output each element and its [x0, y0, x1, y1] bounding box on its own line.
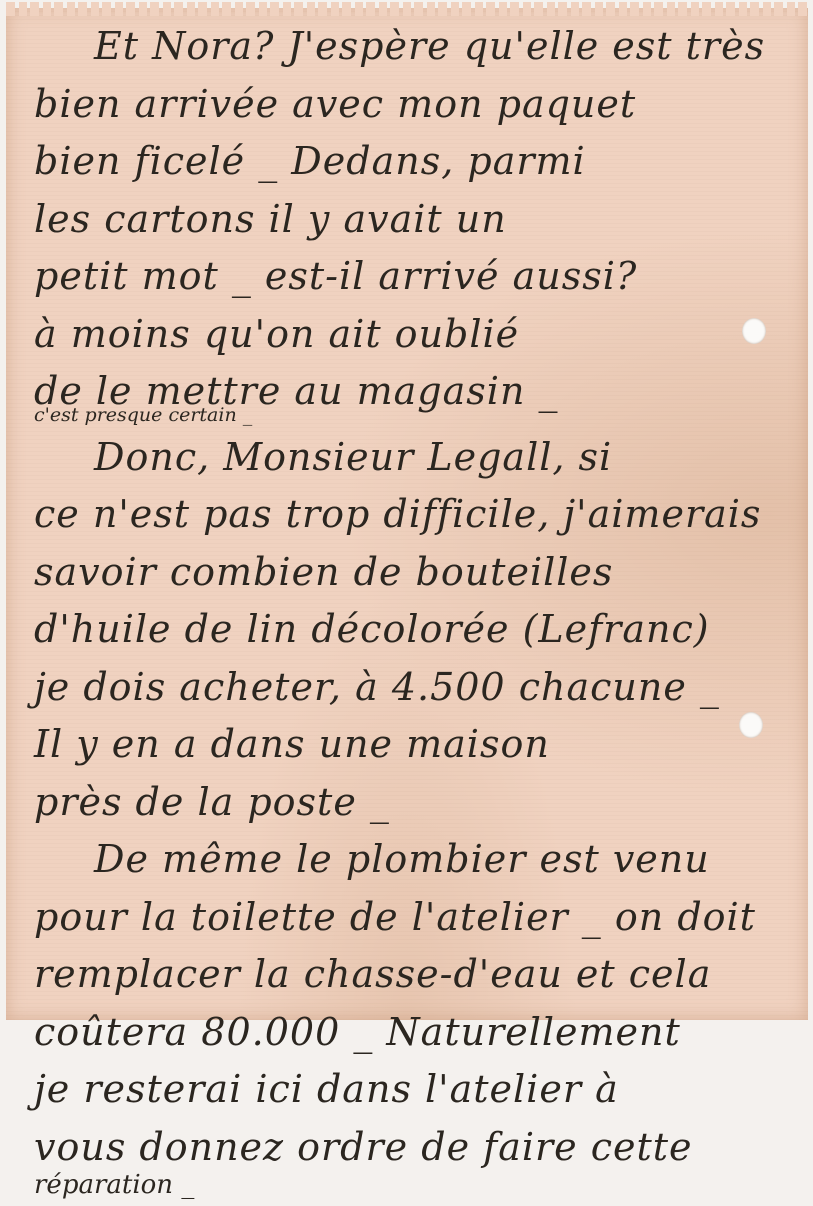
text-line: petit mot _ est-il arrivé aussi? — [34, 248, 794, 306]
text-line: pour la toilette de l'atelier _ on doit — [34, 889, 794, 947]
text-line: savoir combien de bouteilles — [34, 544, 794, 602]
text-line: je dois acheter, à 4.500 chacune _ — [34, 659, 794, 717]
handwritten-text: Et Nora? J'espère qu'elle est très bien … — [34, 18, 794, 1024]
text-line: Il y en a dans une maison — [34, 716, 794, 774]
text-line: près de la poste _ — [34, 774, 794, 832]
text-line: Et Nora? J'espère qu'elle est très — [34, 18, 794, 76]
text-line: bien ficelé _ Dedans, parmi — [34, 133, 794, 191]
text-line: De même le plombier est venu — [34, 831, 794, 889]
text-line: coûtera 80.000 _ Naturellement — [34, 1004, 794, 1025]
text-line: les cartons il y avait un — [34, 191, 794, 249]
text-line: à moins qu'on ait oublié — [34, 306, 794, 364]
text-line: Donc, Monsieur Legall, si — [34, 429, 794, 487]
text-line: remplacer la chasse-d'eau et cela — [34, 946, 794, 1004]
letter-sheet: Et Nora? J'espère qu'elle est très bien … — [6, 8, 808, 1020]
text-line: bien arrivée avec mon paquet — [34, 76, 794, 134]
text-line: d'huile de lin décolorée (Lefranc) — [34, 601, 794, 659]
text-line: ce n'est pas trop difficile, j'aimerais — [34, 486, 794, 544]
deckled-top-edge — [6, 2, 808, 16]
